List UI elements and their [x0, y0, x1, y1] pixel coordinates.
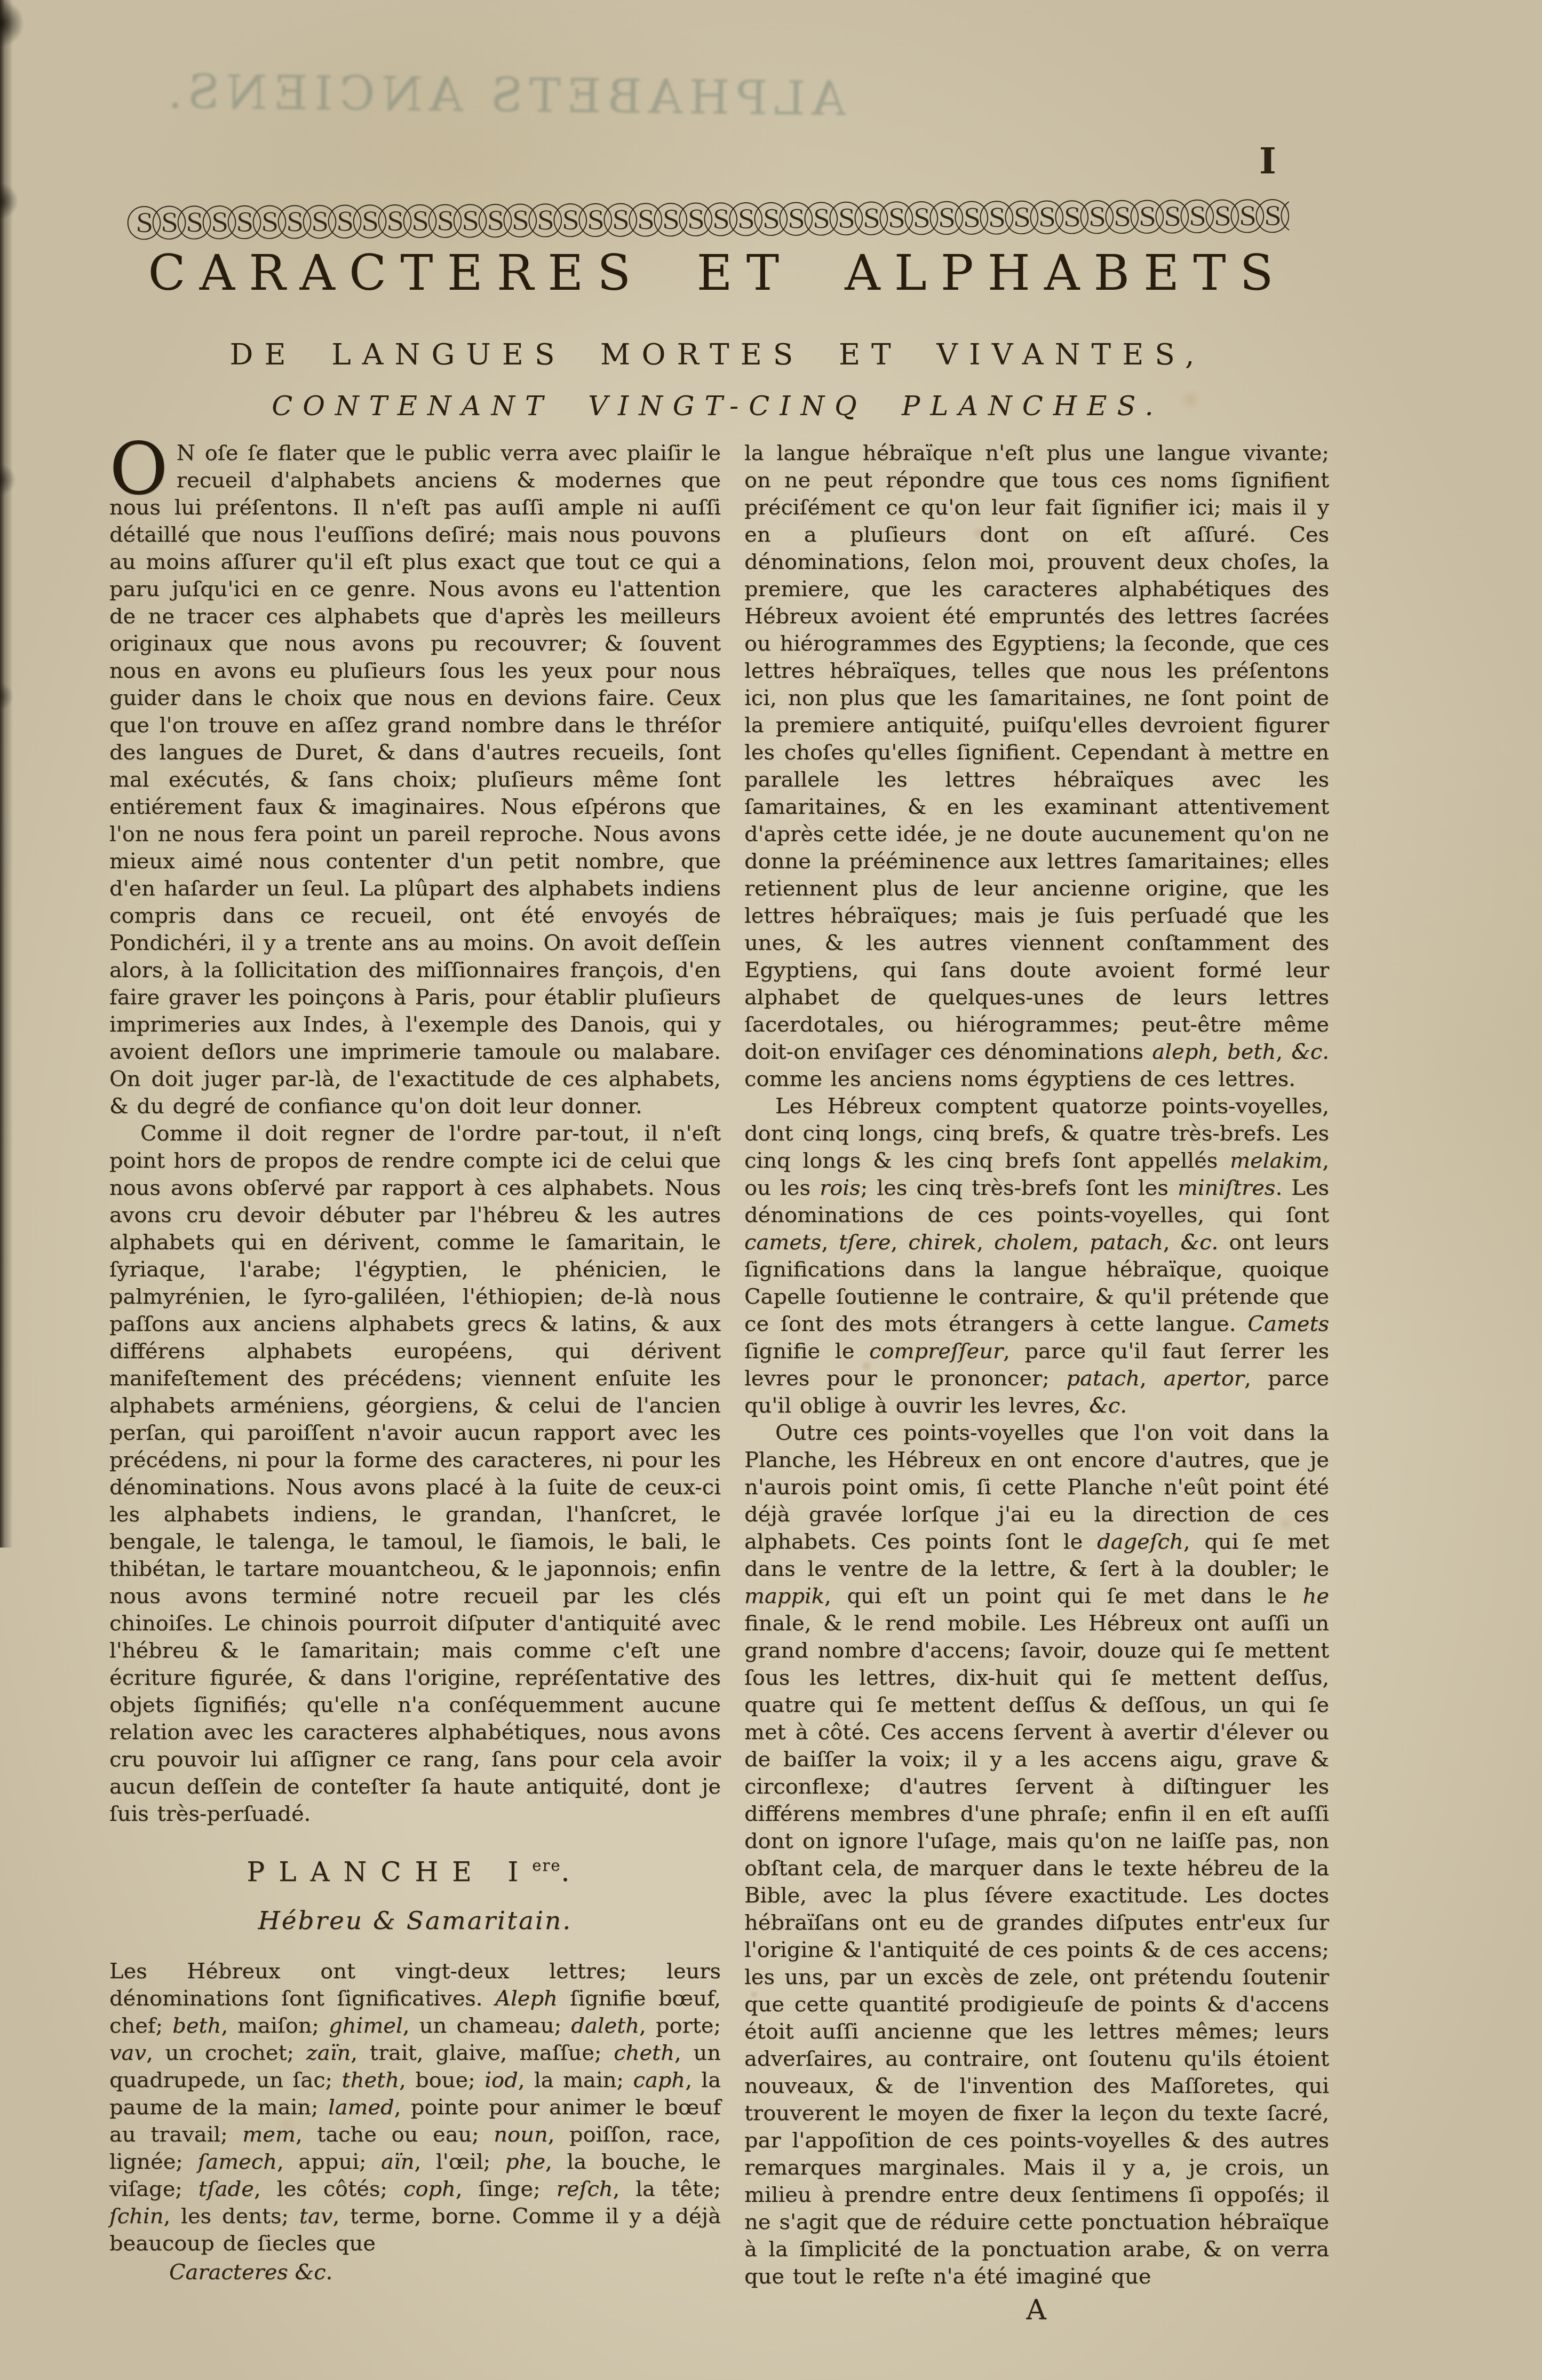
signature-mark: A	[744, 2297, 1329, 2324]
drop-cap: O	[109, 444, 168, 494]
paragraph-6: Outre ces points-voyelles que l'on voit …	[744, 1419, 1329, 2290]
paragraph-4: la langue hébraïque n'eſt plus une langu…	[744, 440, 1329, 1093]
scanned-book-page: { "page": { "paper_color": "#d5ccb3", "i…	[0, 0, 1542, 2380]
paragraph-2: Comme il doit regner de l'ordre par-tout…	[109, 1120, 721, 1828]
page-number: I	[1259, 140, 1277, 183]
paragraph-1-text: N oſe ſe flater que le public verra avec…	[109, 441, 721, 1118]
paragraph-1: ON oſe ſe flater que le public verra ave…	[109, 440, 721, 1120]
left-column: ON oſe ſe flater que le public verra ave…	[109, 440, 721, 2324]
plate-heading-period: .	[561, 1857, 584, 1887]
text-columns: ON oſe ſe flater que le public verra ave…	[109, 440, 1329, 2324]
paragraph-5: Les Hébreux comptent quatorze points-voy…	[744, 1093, 1329, 1419]
plate-heading: PLANCHE Iere.	[109, 1852, 721, 1886]
bleed-through-ghost-title: ALPHABETS ANCIENS.	[296, 66, 846, 126]
plate-subheading: Hébreu & Samaritain.	[109, 1907, 721, 1934]
paragraph-3: Les Hébreux ont vingt-deux lettres; leur…	[109, 1958, 721, 2257]
catchword: Caracteres &c.	[169, 2259, 721, 2286]
page-subtitle: DE LANGUES MORTES ET VIVANTES,	[109, 337, 1326, 371]
right-column: la langue hébraïque n'eſt plus une langu…	[744, 440, 1329, 2324]
series-note: CONTENANT VINGT-CINQ PLANCHES.	[109, 391, 1326, 422]
plate-heading-superscript: ere	[532, 1857, 561, 1875]
page-title: CARACTERES ET ALPHABETS	[109, 244, 1326, 302]
ornament-band: ⓈⓈⓈⓈⓈⓈⓈⓈⓈⓈⓈⓈⓈⓈⓈⓈⓈⓈⓈⓈⓈⓈⓈⓈⓈⓈⓈⓈⓈⓈⓈⓈⓈⓈⓈⓈⓈⓈⓈⓈ…	[126, 195, 1290, 251]
